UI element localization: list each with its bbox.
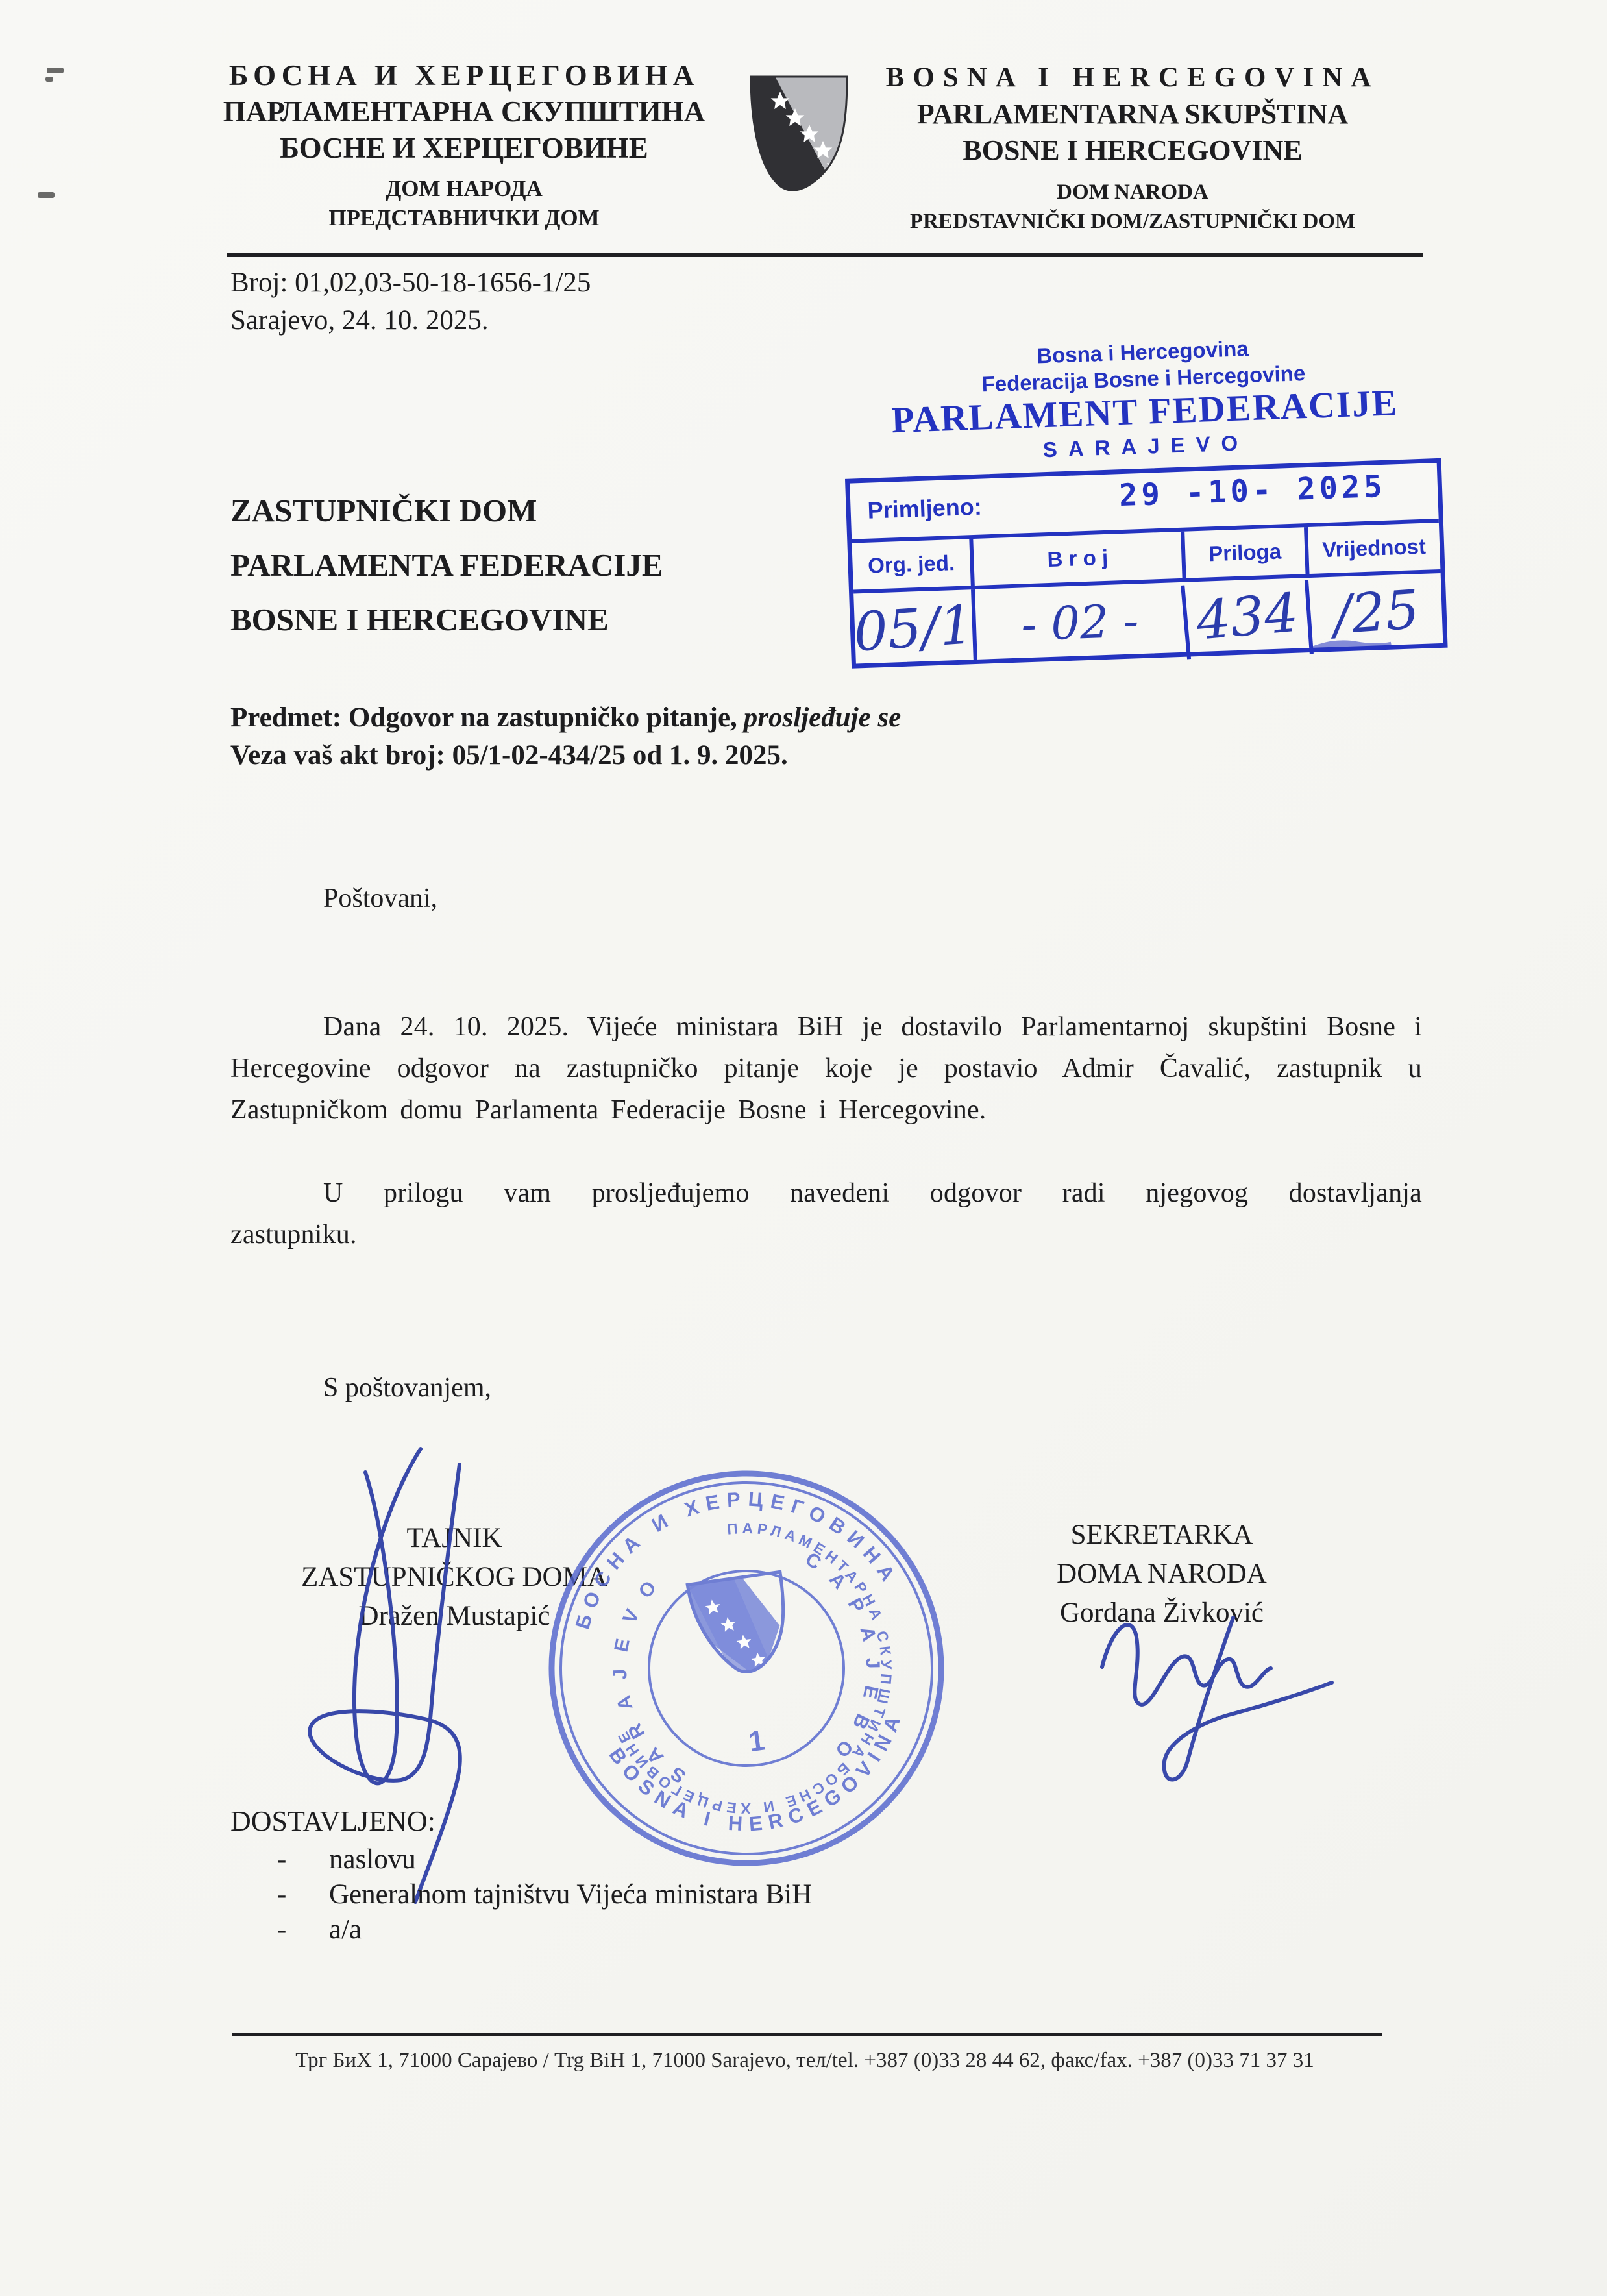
bih-coat-of-arms-icon xyxy=(743,69,853,205)
header-rule xyxy=(227,253,1423,257)
letterhead-subline: ПРЕДСТАВНИЧКИ ДОМ xyxy=(214,203,714,232)
letterhead-latin: BOSNA I HERCEGOVINA PARLAMENTARNA SKUPŠT… xyxy=(870,60,1395,236)
dash-bullet: - xyxy=(276,1842,329,1877)
stamp-received-date: 29 -10- 2025 xyxy=(1067,456,1439,525)
stamp-value-priloga: 434 xyxy=(1181,574,1310,659)
letterhead-subline: DOM NARODA xyxy=(870,178,1395,207)
distribution-list: - naslovu - Generalnom tajništvu Vijeća … xyxy=(276,1842,1184,1947)
stamp-value-broj: - 02 - xyxy=(971,582,1185,663)
place-and-date: Sarajevo, 24. 10. 2025. xyxy=(230,302,489,339)
stamp-register-table: Primljeno: 29 -10- 2025 Org. jed. B r o … xyxy=(845,458,1448,669)
letterhead-line: BOSNA I HERCEGOVINA xyxy=(870,60,1395,96)
distribution-item: - naslovu xyxy=(276,1842,1184,1877)
scan-artifact xyxy=(47,68,64,73)
received-stamp: Bosna i Hercegovina Federacija Bosne i H… xyxy=(840,328,1455,669)
footer-rule xyxy=(232,2033,1382,2036)
scan-artifact xyxy=(38,192,55,198)
signer-name: Gordana Živković xyxy=(954,1594,1369,1633)
salutation: Poštovani, xyxy=(323,878,437,919)
footer-address: Трг БиХ 1, 71000 Сарајево / Trg BiH 1, 7… xyxy=(195,2046,1415,2075)
stamp-value-vrijednost: /25 xyxy=(1305,571,1445,654)
subject-reference: Veza vaš akt broj: 05/1-02-434/25 od 1. … xyxy=(230,737,1431,774)
letterhead-line: BOSNE I HERCEGOVINE xyxy=(870,132,1395,169)
stamp-received-label: Primljeno: xyxy=(850,476,1069,539)
letterhead-line: PARLAMENTARNA SKUPŠTINA xyxy=(870,96,1395,132)
closing: S poštovanjem, xyxy=(323,1367,491,1409)
letterhead-subline: ДОМ НАРОДА xyxy=(214,174,714,203)
scanned-letter-page: БОСНА И ХЕРЦЕГОВИНА ПАРЛАМЕНТАРНА СКУПШТ… xyxy=(0,0,1607,2296)
recipient-block: ZASTUPNIČKI DOM PARLAMENTA FEDERACIJE BO… xyxy=(230,484,815,647)
stamp-value-org-jed: 05/1 xyxy=(852,587,975,669)
stamp-col-priloga: Priloga xyxy=(1181,527,1305,578)
letterhead-cyrillic: БОСНА И ХЕРЦЕГОВИНА ПАРЛАМЕНТАРНА СКУПШТ… xyxy=(214,57,714,232)
dash-bullet: - xyxy=(276,1912,329,1947)
subject-line: Predmet: Odgovor na zastupničko pitanje,… xyxy=(230,700,1431,736)
distribution-item-text: Generalnom tajništvu Vijeća ministara Bi… xyxy=(329,1877,812,1912)
stamp-col-broj: B r o j xyxy=(969,532,1182,586)
signature-block-right: SEKRETARKA DOMA NARODA Gordana Živković xyxy=(954,1516,1369,1633)
letterhead-line: БОСНА И ХЕРЦЕГОВИНА xyxy=(214,57,714,93)
scan-artifact xyxy=(45,77,53,82)
stamp-col-vrijednost: Vrijednost xyxy=(1304,523,1441,574)
dash-bullet: - xyxy=(276,1877,329,1912)
distribution-item-text: naslovu xyxy=(329,1842,416,1877)
signer-title: DOMA NARODA xyxy=(954,1555,1369,1594)
recipient-line: BOSNE I HERCEGOVINE xyxy=(230,593,815,647)
distribution-item-text: a/a xyxy=(329,1912,362,1947)
subject-label: Predmet: Odgovor na zastupničko pitanje, xyxy=(230,702,737,733)
recipient-line: PARLAMENTA FEDERACIJE xyxy=(230,538,815,593)
body-paragraph-1: Dana 24. 10. 2025. Vijeće ministara BiH … xyxy=(230,1006,1422,1131)
signer-title: SEKRETARKA xyxy=(954,1516,1369,1555)
distribution-item: - Generalnom tajništvu Vijeća ministara … xyxy=(276,1877,1184,1912)
subject-italic: prosljeđuje se xyxy=(744,702,901,733)
body-paragraph-2: U prilogu vam prosljeđujemo navedeni odg… xyxy=(230,1172,1422,1255)
letterhead-subline: PREDSTAVNIČKI DOM/ZASTUPNIČKI DOM xyxy=(870,207,1395,236)
official-round-seal: БОСНА И ХЕРЦЕГОВИНА BOSNA I HERCEGOVINA … xyxy=(542,1464,951,1876)
signature-stroke-right xyxy=(1164,1618,1332,1780)
document-number: Broj: 01,02,03-50-18-1656-1/25 xyxy=(230,265,591,301)
seal-number: 1 xyxy=(746,1724,767,1758)
distribution-item: - a/a xyxy=(276,1912,1184,1947)
letterhead-line: БОСНЕ И ХЕРЦЕГОВИНЕ xyxy=(214,130,714,166)
recipient-line: ZASTUPNIČKI DOM xyxy=(230,484,815,538)
stamp-col-org-jed: Org. jed. xyxy=(852,539,970,589)
signature-stroke-right xyxy=(1102,1625,1271,1705)
letterhead-line: ПАРЛАМЕНТАРНА СКУПШТИНА xyxy=(214,93,714,130)
distribution-label: DOSTAVLJENO: xyxy=(230,1805,435,1838)
